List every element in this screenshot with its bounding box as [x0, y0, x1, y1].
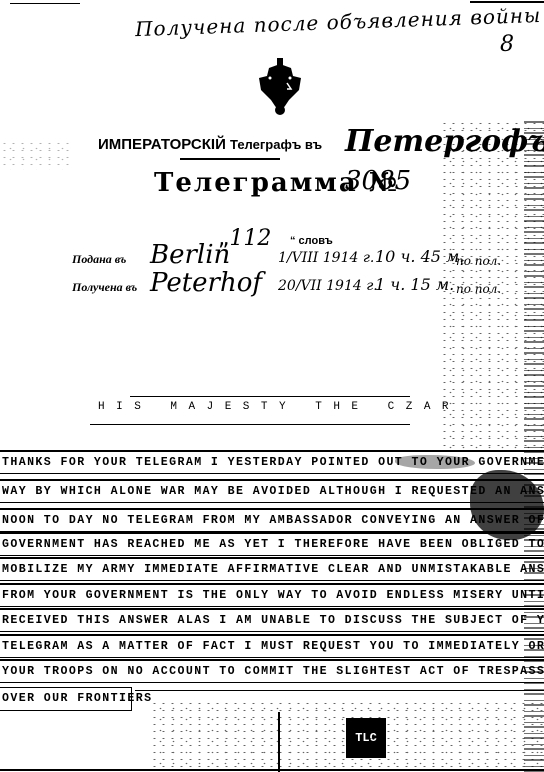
scan-mark [10, 3, 80, 4]
page-number-mark: 8 [500, 32, 514, 57]
tape-strip: NOON TO DAY NO TELEGRAM FROM MY AMBASSAD… [0, 508, 544, 532]
office-mid: Телеграфъ въ [230, 137, 322, 152]
body-line: GOVERNMENT HAS REACHED ME AS YET I THERE… [2, 538, 544, 551]
filed-date: 1/VIII 1914 г. [278, 250, 374, 266]
received-date: 20/VII 1914 г. [278, 278, 378, 294]
body-line: YOUR TROOPS ON NO ACCOUNT TO COMMIT THE … [2, 665, 544, 678]
tape-strip: FROM YOUR GOVERNMENT IS THE ONLY WAY TO … [0, 583, 544, 607]
filed-label: Подана въ [72, 252, 126, 267]
scan-speckle [0, 140, 70, 170]
tape-strip-last: OVER OUR FRONTIERS [0, 687, 132, 711]
tape-strip: WAY BY WHICH ALONE WAR MAY BE AVOIDED AL… [0, 479, 544, 503]
telegram-number: 3085 [345, 166, 411, 196]
tape-strip: MOBILIZE MY ARMY IMMEDIATE AFFIRMATIVE C… [0, 557, 544, 581]
scan-speckle [440, 120, 544, 450]
body-line: NOON TO DAY NO TELEGRAM FROM MY AMBASSAD… [2, 514, 544, 527]
addressee: HIS MAJESTY THE CZAR [98, 401, 460, 413]
tape-strip: YOUR TROOPS ON NO ACCOUNT TO COMMIT THE … [0, 659, 544, 683]
addressee-rule-bottom [90, 424, 410, 425]
received-label: Получена въ [72, 280, 137, 295]
body-line: OVER OUR FRONTIERS [2, 692, 152, 705]
filed-place: Berlin [150, 240, 230, 270]
telegraph-office-header: ИМПЕРАТОРСКIЙ Телеграфъ въ [98, 136, 322, 153]
body-line: RECEIVED THIS ANSWER ALAS I AM UNABLE TO… [2, 614, 544, 627]
tape-strip: RECEIVED THIS ANSWER ALAS I AM UNABLE TO… [0, 608, 544, 632]
body-line: MOBILIZE MY ARMY IMMEDIATE AFFIRMATIVE C… [2, 563, 544, 576]
body-line: FROM YOUR GOVERNMENT IS THE ONLY WAY TO … [2, 589, 544, 602]
office-prefix: ИМПЕРАТОРСКIЙ [98, 136, 226, 153]
received-place: Peterhof [150, 268, 262, 298]
divider [180, 158, 280, 160]
addressee-rule-top [130, 396, 410, 397]
scan-mark [470, 1, 544, 3]
double-headed-eagle-icon [255, 56, 305, 118]
body-line: WAY BY WHICH ALONE WAR MAY BE AVOIDED AL… [2, 485, 544, 498]
body-line: TELEGRAM AS A MATTER OF FACT I MUST REQU… [2, 640, 544, 653]
word-count-label: “ словъ [290, 235, 333, 247]
ink-smudge [395, 455, 475, 469]
handwritten-annotation: Получена после объявления войны [135, 3, 542, 41]
tape-strip: TELEGRAM AS A MATTER OF FACT I MUST REQU… [0, 634, 544, 658]
scan-speckle [150, 700, 544, 770]
form-rule [135, 690, 544, 691]
tape-strip: GOVERNMENT HAS REACHED ME AS YET I THERE… [0, 532, 544, 556]
